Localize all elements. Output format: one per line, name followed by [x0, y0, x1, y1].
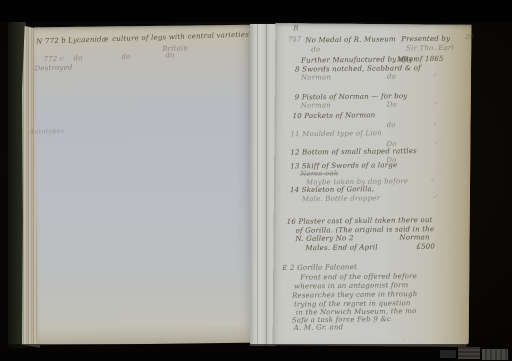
entry-text: No Medal of R. Museum: [305, 35, 396, 44]
register-line: 16 Plaster cast of skull taken there out: [287, 216, 433, 226]
entry-text: 12 Bottom of small shaped rattles: [290, 147, 417, 157]
register-line-struck: Norse oak: [300, 169, 338, 177]
register-line: 11 Moulded type of Lion: [290, 129, 382, 138]
entry-text: Male. Bottle dropper: [302, 194, 380, 203]
entry-text: Researches they came in through: [292, 290, 417, 300]
pixelated-watermark: [482, 349, 508, 360]
register-line: Male. Bottle dropper✓: [302, 194, 380, 203]
register-line: 14 Skeleton of Gorilla,: [290, 185, 374, 194]
check-tick: ✓: [432, 72, 437, 79]
register-line: Normando✓: [301, 73, 331, 81]
status-note: Destroyed: [34, 63, 72, 72]
pixelated-watermark: [458, 347, 480, 359]
register-line: 772 c do do do: [43, 55, 64, 64]
entry-text: do: [311, 45, 320, 53]
entry-text: 16 Plaster cast of skull taken there out: [287, 216, 433, 226]
left-page: N 772 b Lycaenidæ culture of legs with c…: [34, 25, 254, 346]
ledger-photograph: N 772 b Lycaenidæ culture of legs with c…: [0, 0, 512, 361]
register-line: No Medal of R. MuseumPresented by: [305, 35, 396, 44]
entry-right-column: Norman: [399, 233, 429, 241]
ditto-mark: do: [73, 54, 82, 62]
margin-note: Autotypes: [29, 127, 64, 136]
right-page: R 757 26 ˏ No Medal of R. MuseumPresente…: [273, 23, 472, 347]
entry-text: E 2 Gorilla Falconet: [282, 263, 357, 272]
check-tick: ✓: [433, 194, 438, 201]
check-tick: ✓: [433, 139, 438, 146]
scan-background-top: [0, 0, 512, 22]
register-line: Further Manufactured by afterMay of 1865: [301, 55, 417, 64]
entry-text: Norman: [301, 101, 331, 109]
register-line: 8 Swords notched, Scabbard & of: [295, 64, 421, 74]
register-line: N 772 b Lycaenidæ culture of legs with c…: [36, 37, 66, 46]
right-page-stack-edge: [466, 24, 502, 346]
check-tick: ✓: [433, 100, 438, 107]
entry-amount: £500: [416, 243, 435, 251]
entry-prefix-number: 757: [288, 35, 301, 43]
book-bottom-shadow: [0, 344, 512, 361]
entry-text: 14 Skeleton of Gorilla,: [290, 185, 374, 194]
register-line: N. Gallery No 2Norman: [295, 234, 353, 243]
stray-ink-mark: ˏ: [404, 334, 406, 341]
entry-text: whereas in an antagonist form: [294, 281, 408, 290]
check-tick: ✓: [433, 120, 438, 127]
entry-right-column: Sir Tho. Earl: [406, 44, 454, 53]
corner-mark: R: [293, 24, 299, 32]
register-line: A. M. Gr. and: [294, 323, 344, 332]
entry-text: Norse oak: [300, 169, 338, 177]
ditto-mark: do: [165, 51, 174, 59]
ditto-mark: do: [387, 73, 396, 81]
entry-text: Front end of the offered before: [300, 272, 417, 281]
check-tick: ✓: [430, 177, 435, 184]
pixelated-watermark: [440, 350, 456, 358]
specimen-number: 772 c: [43, 55, 64, 64]
entry-text: 11 Moulded type of Lion: [290, 129, 382, 138]
register-line: doSir Tho. Earl: [311, 45, 320, 53]
entry-text: 8 Swords notched, Scabbard & of: [295, 64, 421, 74]
specimen-description: culture of legs with central varieties: [112, 31, 249, 44]
ditto-mark: Do: [387, 101, 397, 109]
entry-text: Males. End of April: [305, 243, 377, 252]
entry-text: Norman: [301, 73, 331, 81]
register-line: whereas in an antagonist form: [294, 281, 408, 290]
register-line: NormanDo✓: [301, 101, 331, 109]
ditto-mark: do: [121, 53, 130, 61]
entry-right-column: May of 1865: [397, 55, 444, 64]
register-line: 12 Bottom of small shaped rattles: [290, 147, 417, 157]
register-line: E 2 Gorilla Falconet: [282, 263, 357, 272]
entry-text: 10 Packets of Norman: [293, 111, 376, 120]
register-line: Males. End of April£500: [305, 243, 377, 252]
specimen-number: N 772 b: [36, 37, 66, 46]
register-line: 10 Packets of Norman: [293, 111, 376, 120]
entry-text: N. Gallery No 2: [295, 234, 353, 243]
entry-text: A. M. Gr. and: [294, 323, 344, 332]
specimen-name: Lycaenidæ: [68, 35, 109, 44]
ditto-mark: do: [387, 121, 396, 129]
entry-right-column: Presented by: [401, 35, 450, 44]
register-line: Front end of the offered before: [300, 272, 417, 281]
register-line: Researches they came in through: [292, 290, 417, 300]
